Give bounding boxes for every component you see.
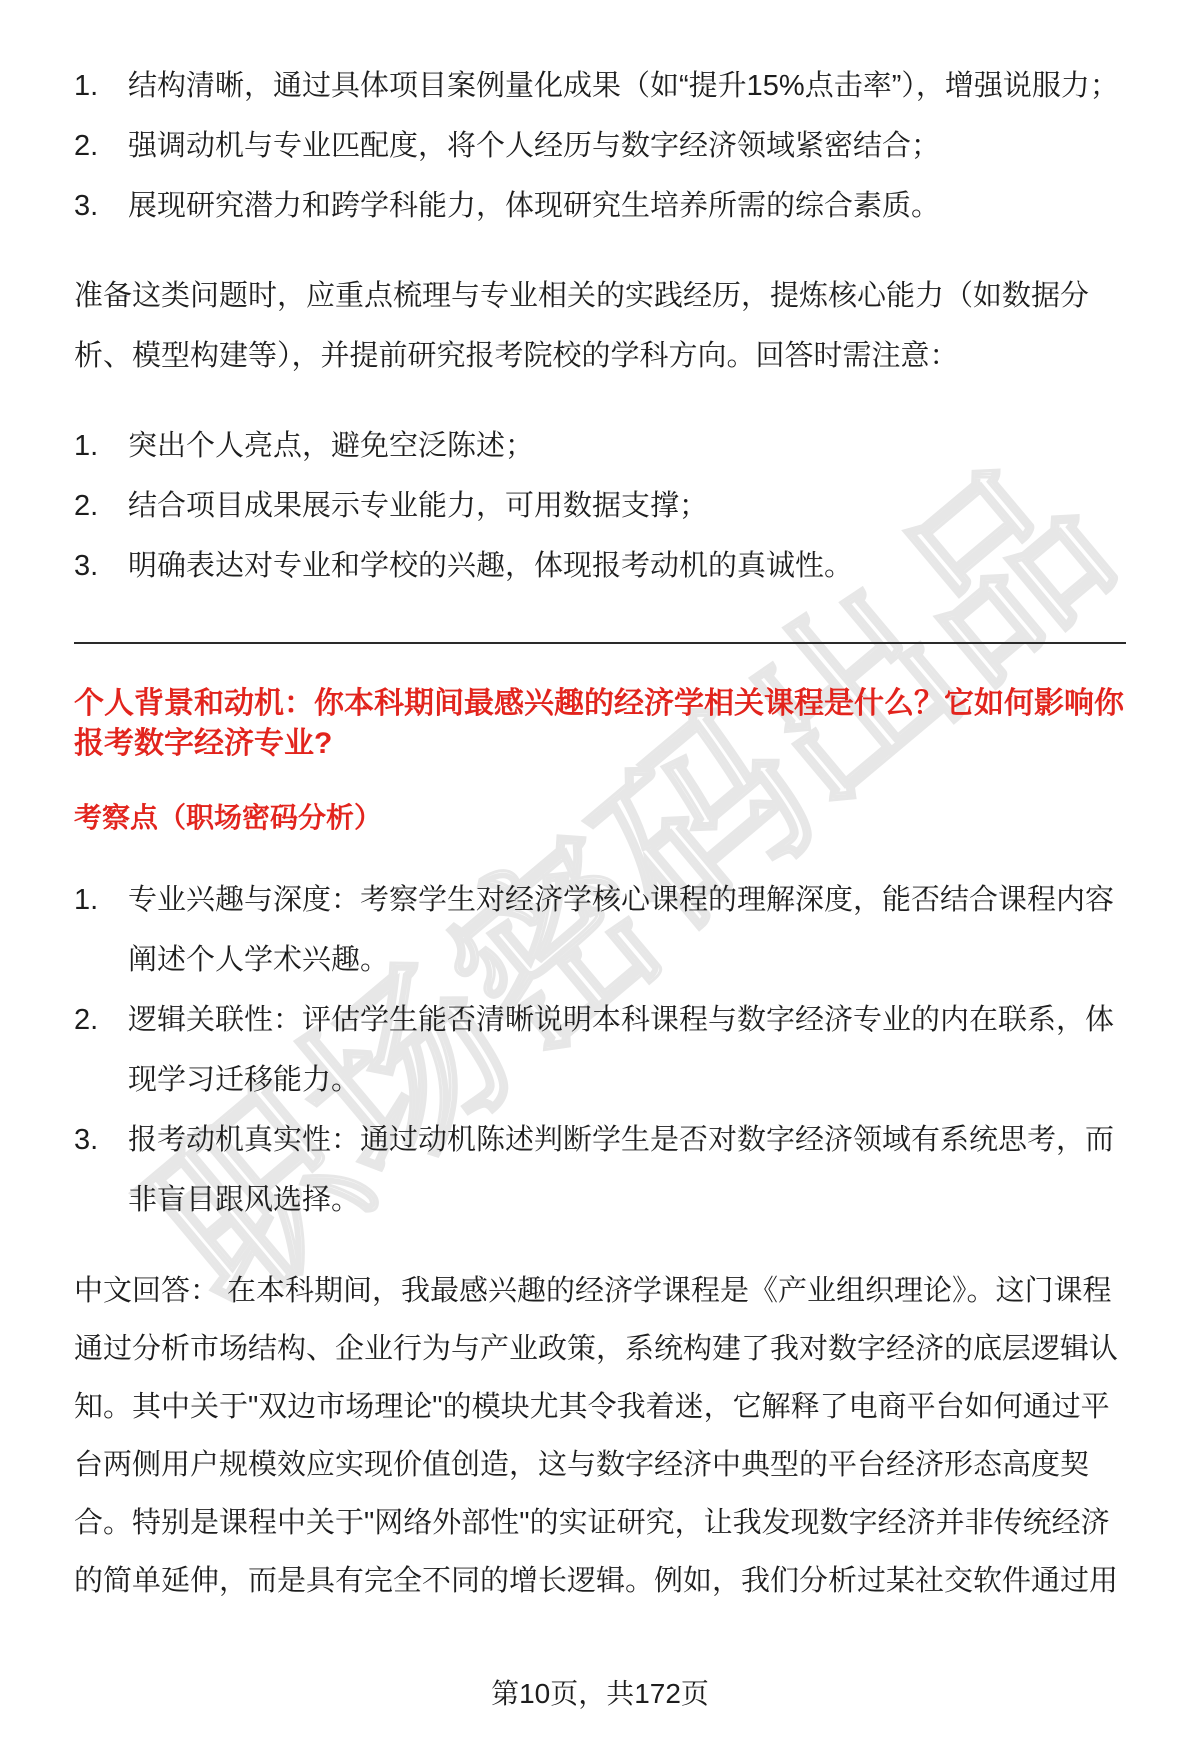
list-item-text: 明确表达对专业和学校的兴趣，体现报考动机的真诚性。 bbox=[128, 536, 1126, 596]
list-item: 1. 突出个人亮点，避免空泛陈述； bbox=[74, 416, 1126, 476]
list-item: 1. 结构清晰，通过具体项目案例量化成果（如“提升15%点击率”），增强说服力； bbox=[74, 56, 1126, 116]
list-item: 2. 强调动机与专业匹配度，将个人经历与数字经济领域紧密结合； bbox=[74, 116, 1126, 176]
list-item: 3. 展现研究潜力和跨学科能力，体现研究生培养所需的综合素质。 bbox=[74, 176, 1126, 236]
list-item-number: 3. bbox=[74, 1110, 128, 1170]
list-item: 2. 结合项目成果展示专业能力，可用数据支撑； bbox=[74, 476, 1126, 536]
section-divider bbox=[74, 642, 1126, 644]
intro-list: 1. 结构清晰，通过具体项目案例量化成果（如“提升15%点击率”），增强说服力；… bbox=[74, 56, 1126, 236]
list-item-number: 2. bbox=[74, 116, 128, 176]
list-item-number: 1. bbox=[74, 416, 128, 476]
list-item-text: 逻辑关联性：评估学生能否清晰说明本科课程与数字经济专业的内在联系，体现学习迁移能… bbox=[128, 990, 1126, 1110]
chinese-answer-paragraph: 中文回答： 在本科期间，我最感兴趣的经济学课程是《产业组织理论》。这门课程通过分… bbox=[74, 1262, 1126, 1610]
list-item-number: 2. bbox=[74, 990, 128, 1050]
list-item-number: 3. bbox=[74, 176, 128, 236]
list-item-text: 结合项目成果展示专业能力，可用数据支撑； bbox=[128, 476, 1126, 536]
list-item-number: 2. bbox=[74, 476, 128, 536]
prep-paragraph: 准备这类问题时，应重点梳理与专业相关的实践经历，提炼核心能力（如数据分析、模型构… bbox=[74, 266, 1126, 386]
list-item-number: 1. bbox=[74, 870, 128, 930]
list-item-text: 展现研究潜力和跨学科能力，体现研究生培养所需的综合素质。 bbox=[128, 176, 1126, 236]
list-item-text: 报考动机真实性：通过动机陈述判断学生是否对数字经济领域有系统思考，而非盲目跟风选… bbox=[128, 1110, 1126, 1230]
page-footer: 第10页，共172页 bbox=[0, 1674, 1200, 1714]
list-item-number: 1. bbox=[74, 56, 128, 116]
document-page: 1. 结构清晰，通过具体项目案例量化成果（如“提升15%点击率”），增强说服力；… bbox=[0, 0, 1200, 1610]
notes-list: 1. 突出个人亮点，避免空泛陈述； 2. 结合项目成果展示专业能力，可用数据支撑… bbox=[74, 416, 1126, 596]
list-item: 3. 报考动机真实性：通过动机陈述判断学生是否对数字经济领域有系统思考，而非盲目… bbox=[74, 1110, 1126, 1230]
list-item: 3. 明确表达对专业和学校的兴趣，体现报考动机的真诚性。 bbox=[74, 536, 1126, 596]
list-item-text: 强调动机与专业匹配度，将个人经历与数字经济领域紧密结合； bbox=[128, 116, 1126, 176]
page-indicator: 第10页，共172页 bbox=[491, 1678, 709, 1709]
list-item-number: 3. bbox=[74, 536, 128, 596]
list-item-text: 突出个人亮点，避免空泛陈述； bbox=[128, 416, 1126, 476]
exam-points-heading: 考察点（职场密码分析） bbox=[74, 798, 1126, 838]
question-heading: 个人背景和动机：你本科期间最感兴趣的经济学相关课程是什么？它如何影响你报考数字经… bbox=[74, 684, 1126, 764]
exam-points-list: 1. 专业兴趣与深度：考察学生对经济学核心课程的理解深度，能否结合课程内容阐述个… bbox=[74, 870, 1126, 1230]
list-item-text: 专业兴趣与深度：考察学生对经济学核心课程的理解深度，能否结合课程内容阐述个人学术… bbox=[128, 870, 1126, 990]
list-item-text: 结构清晰，通过具体项目案例量化成果（如“提升15%点击率”），增强说服力； bbox=[128, 56, 1126, 116]
list-item: 1. 专业兴趣与深度：考察学生对经济学核心课程的理解深度，能否结合课程内容阐述个… bbox=[74, 870, 1126, 990]
list-item: 2. 逻辑关联性：评估学生能否清晰说明本科课程与数字经济专业的内在联系，体现学习… bbox=[74, 990, 1126, 1110]
